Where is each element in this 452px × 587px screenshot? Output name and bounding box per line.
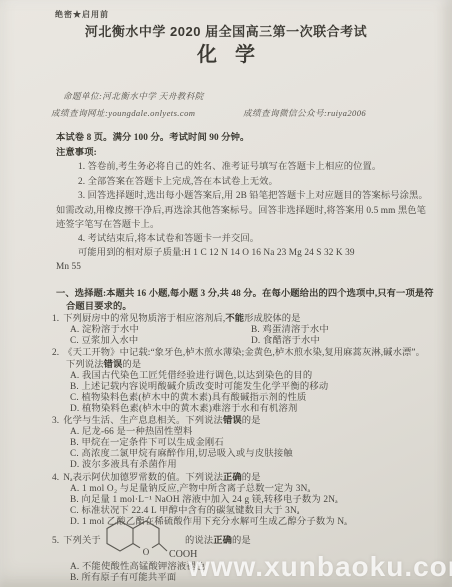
notes-title: 注意事项: [56, 148, 97, 159]
question-4-stem-emphasis: 正确 [223, 473, 242, 483]
note-line-3: 3. 回答选择题时,选出每小题答案后,用 2B 铅笔把答题卡上对应题目的答案标号… [78, 191, 428, 202]
atomic-mass-line: 可能用到的相对原子质量:H 1 C 12 N 14 O 16 Na 23 Mg … [78, 248, 355, 259]
benzene-ring [107, 521, 133, 551]
question-4-number: 4. [52, 473, 59, 483]
ring-oxygen-label: O [143, 547, 150, 557]
question-3-stem-emphasis: 错误 [223, 416, 242, 426]
question-2-stem2-pre: 下列说法 [66, 360, 104, 370]
question-3-stem: 3.化学与生活、生产息息相关。下列说法错误的是 [52, 416, 261, 427]
question-1-stem-pre: 下列厨房中的常见物质溶于相应溶剂后, [63, 314, 225, 324]
question-5-stem-right: 的说法正确的是 [185, 536, 251, 547]
question-3-number: 3. [52, 416, 59, 426]
question-5-stem-post: 的是 [232, 536, 251, 546]
question-5-stem-left: 5.下列关于 [52, 536, 101, 547]
pyran-ring-right [133, 521, 159, 544]
question-4-option-c: C. 标准状况下 22.4 L 甲醇中含有的碳氢键数目大于 3Nₐ [70, 506, 300, 517]
bond-to-cooh [159, 544, 167, 552]
question-1-option-d: D. 食醋溶于水中 [251, 336, 320, 347]
question-4-option-a: A. 1 mol O₂ 与足量钠反应,产物中所含离子总数一定为 3Nₐ [70, 484, 310, 495]
note-line-3-cont: 如需改动,用橡皮擦干净后,再选涂其他答案标号。回答非选择题时,将答案用 0.5 … [56, 206, 426, 217]
question-2-stem2-post: 的是 [122, 360, 141, 370]
note-line-2: 2. 全部答案在答题卡上完成,答在本试卷上无效。 [78, 177, 278, 188]
question-5-option-a: A. 不能使酸性高锰酸钾溶液褪色 [70, 562, 205, 573]
question-5-stem-mid: 的说法 [185, 536, 213, 546]
question-4-stem-post: 的是 [242, 473, 261, 483]
question-1-stem-emphasis: 不能 [225, 314, 244, 324]
question-3-stem-post: 的是 [242, 416, 261, 426]
question-3-option-d: D. 波尔多液具有杀菌作用 [70, 460, 177, 471]
question-3-option-c: C. 高浓度二氯甲烷有麻醉作用,切忌吸入或与皮肤接触 [70, 449, 293, 460]
question-2-option-c: C. 植物染料色素(栌木中的黄木素)具有酸碱指示剂的性质 [70, 393, 306, 404]
exam-title: 河北衡水中学 2020 届全国高三第一次联合考试 [0, 26, 452, 37]
question-3-option-a: A. 尼龙-66 是一种热固性塑料 [70, 427, 192, 438]
question-2-number: 2. [52, 348, 59, 358]
question-2-option-d: D. 植物染料色素(栌木中的黄木素)难溶于水和有机溶剂 [70, 404, 298, 415]
section-header-line1: 一、选择题:本题共 16 小题,每小题 3 分,共 48 分。在每小题给出的四个… [56, 289, 434, 300]
classification-label: 绝密★启用前 [55, 9, 109, 20]
question-5-option-b: B. 所有原子有可能共平面 [70, 573, 176, 584]
question-2-option-a: A. 我国古代染色工匠凭借经验进行调色,以达到染色的目的 [70, 371, 312, 382]
score-wechat-line: 成绩查询微信公众号:ruiya2006 [243, 108, 366, 119]
question-2-option-b: B. 上述记载内容说明酸碱介质改变时可能发生化学平衡的移动 [70, 382, 328, 393]
issuer-line: 命题单位:河北衡水中学 天舟教科院 [63, 91, 204, 102]
question-1-stem-post: 形成胶体的是 [244, 314, 300, 324]
score-site-line: 成绩查询网址:youngdale.onlyets.com [51, 108, 195, 119]
question-4-option-b: B. 向足量 1 mol·L⁻¹ NaOH 溶液中加入 24 g 镁,转移电子数… [70, 495, 338, 506]
question-5-number: 5. [52, 536, 59, 546]
subject-title: 化学 [0, 50, 452, 61]
question-2-stem2-emphasis: 错误 [104, 360, 123, 370]
question-4-stem: 4.Nₐ表示阿伏加德罗常数的值。下列说法正确的是 [52, 473, 261, 484]
question-5-stem-pre: 下列关于 [63, 536, 101, 546]
pyran-ring-bond-to-o [133, 544, 140, 548]
note-line-3-cont2: 迹签字笔写在答题卡上。 [56, 220, 159, 231]
question-1-option-c: C. 豆浆加入水中 [70, 336, 138, 347]
question-2-stem-text: 《天工开物》中记载:“象牙色,栌木煎水薄染;金黄色,栌木煎水染,复用麻蒿灰淋,碱… [63, 348, 425, 358]
question-2-stem-line2: 下列说法错误的是 [66, 360, 141, 371]
question-1-number: 1. [52, 314, 59, 324]
question-1-option-b: B. 鸡蛋清溶于水中 [251, 325, 329, 336]
watermark: www.xunbaoku.com [188, 551, 452, 583]
exam-paper-page: www.xunbaoku.com 绝密★启用前 河北衡水中学 2020 届全国高… [0, 0, 452, 587]
note-line-1: 1. 答卷前,考生务必将自己的姓名、准考证号填写在答题卡上相应的位置。 [78, 162, 381, 173]
question-3-stem-pre: 化学与生活、生产息息相关。下列说法 [63, 416, 223, 426]
question-1-stem: 1.下列厨房中的常见物质溶于相应溶剂后,不能形成胶体的是 [52, 314, 301, 325]
pyran-ring-bond-from-o [152, 544, 159, 548]
question-5-stem-emphasis: 正确 [213, 536, 232, 546]
atomic-mass-line-2: Mn 55 [56, 262, 81, 273]
paper-info-line: 本试卷 8 页。满分 100 分。考试时间 90 分钟。 [56, 133, 249, 144]
section-header-line2: 合题目要求的。 [66, 302, 132, 313]
question-4-stem-pre: Nₐ表示阿伏加德罗常数的值。下列说法 [63, 473, 223, 483]
question-2-stem-line1: 2.《天工开物》中记载:“象牙色,栌木煎水薄染;金黄色,栌木煎水染,复用麻蒿灰淋… [52, 348, 425, 359]
note-line-4: 4. 考试结束后,将本试卷和答题卡一并交回。 [78, 234, 259, 245]
question-1-option-a: A. 淀粉溶于水中 [70, 325, 139, 336]
question-3-option-b: B. 甲烷在一定条件下可以生成金刚石 [70, 438, 224, 449]
